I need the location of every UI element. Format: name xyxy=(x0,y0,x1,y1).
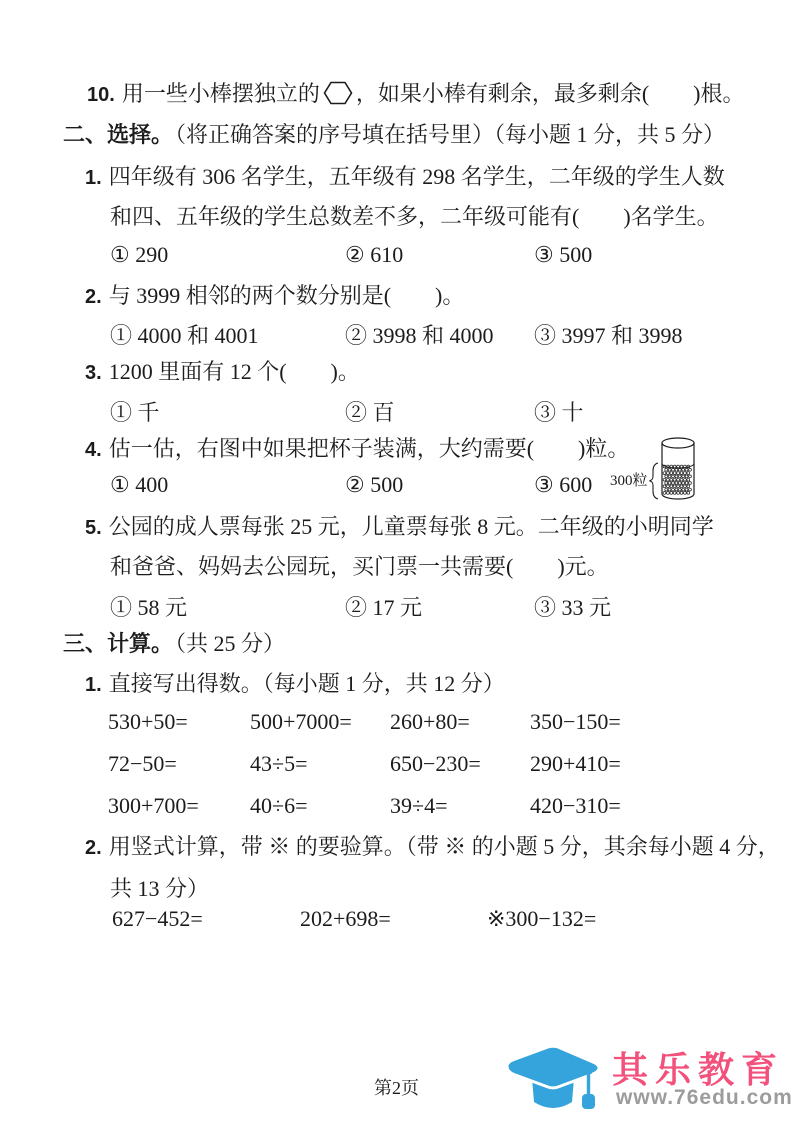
question-5-line2: 和爸爸、妈妈去公园玩，买门票一共需要( )元。 xyxy=(110,552,609,582)
option-2: ② 500 xyxy=(345,472,403,498)
question-text: 用一些小棒摆独立的 xyxy=(122,81,320,106)
question-number: 2. xyxy=(85,837,102,859)
question-number: 10. xyxy=(87,84,115,106)
calc-item: 300+700= xyxy=(108,793,199,819)
question-text: 估一估，右图中如果把杯子装满，大约需要( )粒。 xyxy=(109,436,630,461)
question-2: 2.与 3999 相邻的两个数分别是( )。 xyxy=(85,281,464,312)
calc-2-problems: 627−452= 202+698= ※300−132= xyxy=(112,906,772,938)
section-title: 三、计算。 xyxy=(63,631,173,656)
option-3: ③ 十 xyxy=(534,396,584,427)
option-2: ② 百 xyxy=(345,396,395,427)
calc-item: 627−452= xyxy=(112,906,203,932)
section-subtitle: （将正确答案的序号填在括号里）（每小题 1 分，共 5 分） xyxy=(175,122,725,147)
question-number: 3. xyxy=(85,362,102,384)
calc-item: 650−230= xyxy=(390,751,481,777)
question-number: 4. xyxy=(85,439,102,461)
question-1: 1.四年级有 306 名学生，五年级有 298 名学生，二年级的学生人数 xyxy=(85,162,725,193)
option-1: ① 290 xyxy=(110,242,168,268)
question-text: 与 3999 相邻的两个数分别是( )。 xyxy=(109,283,465,308)
option-1: ① 4000 和 4001 xyxy=(110,319,259,350)
calc-2-intro: 2.用竖式计算，带 ※ 的要验算。（带 ※ 的小题 5 分，其余每小题 4 分， xyxy=(85,832,780,863)
option-1: ① 千 xyxy=(110,396,160,427)
beads-pattern xyxy=(663,465,691,494)
question-number: 1. xyxy=(85,167,102,189)
section-3-heading: 三、计算。（共 25 分） xyxy=(63,629,285,659)
calc-item: 39÷4= xyxy=(390,793,447,819)
question-5-options: ① 58 元 ② 17 元 ③ 33 元 xyxy=(110,591,770,623)
calc-row-3: 300+700= 40÷6= 39÷4= 420−310= xyxy=(108,793,768,825)
option-2: ② 3998 和 4000 xyxy=(345,319,494,350)
graduation-cap-icon xyxy=(502,1036,604,1120)
hexagon-icon xyxy=(323,81,353,105)
question-text: 共 13 分） xyxy=(110,876,209,901)
question-text: 公园的成人票每张 25 元，儿童票每张 8 元。二年级的小明同学 xyxy=(109,514,714,539)
option-3: ③ 500 xyxy=(534,242,592,268)
section-2-heading: 二、选择。（将正确答案的序号填在括号里）（每小题 1 分，共 5 分） xyxy=(63,120,725,150)
question-number: 5. xyxy=(85,517,102,539)
question-number: 2. xyxy=(85,286,102,308)
calc-item: 500+7000= xyxy=(250,709,352,735)
option-2: ② 17 元 xyxy=(345,591,422,622)
calc-item: 40÷6= xyxy=(250,793,307,819)
question-1-options: ① 290 ② 610 ③ 500 xyxy=(110,242,770,274)
question-1-line2: 和四、五年级的学生总数差不多，二年级可能有( )名学生。 xyxy=(110,202,719,232)
question-text: 四年级有 306 名学生，五年级有 298 名学生，二年级的学生人数 xyxy=(109,164,725,189)
brace-icon xyxy=(650,463,659,499)
calc-item: 420−310= xyxy=(530,793,621,819)
question-4: 4.估一估，右图中如果把杯子装满，大约需要( )粒。 xyxy=(85,434,629,465)
calc-item: 72−50= xyxy=(108,751,177,777)
option-3: ③ 3997 和 3998 xyxy=(534,319,683,350)
calc-row-2: 72−50= 43÷5= 650−230= 290+410= xyxy=(108,751,768,783)
option-3: ③ 600 xyxy=(534,472,592,498)
publisher-logo: 其乐教育 www.76edu.com xyxy=(492,1034,792,1122)
section-subtitle: （共 25 分） xyxy=(175,631,285,656)
option-1: ① 58 元 xyxy=(110,591,187,622)
question-text: 和四、五年级的学生总数差不多，二年级可能有( )名学生。 xyxy=(110,204,719,229)
calc-item: 350−150= xyxy=(530,709,621,735)
option-3: ③ 33 元 xyxy=(534,591,611,622)
calc-item: 43÷5= xyxy=(250,751,307,777)
question-text: ，如果小棒有剩余，最多剩余( )根。 xyxy=(356,81,745,106)
calc-item: 202+698= xyxy=(300,906,391,932)
calc-1-intro: 1.直接写出得数。（每小题 1 分，共 12 分） xyxy=(85,669,505,700)
section-title: 二、选择。 xyxy=(63,122,173,147)
calc-item: ※300−132= xyxy=(487,906,596,932)
question-5: 5.公园的成人票每张 25 元，儿童票每张 8 元。二年级的小明同学 xyxy=(85,512,714,543)
question-number: 1. xyxy=(85,674,102,696)
calc-row-1: 530+50= 500+7000= 260+80= 350−150= xyxy=(108,709,768,741)
question-3-options: ① 千 ② 百 ③ 十 xyxy=(110,396,770,428)
cup-capacity-label: 300粒 xyxy=(610,469,648,490)
question-text: 直接写出得数。（每小题 1 分，共 12 分） xyxy=(109,671,505,696)
question-2-options: ① 4000 和 4001 ② 3998 和 4000 ③ 3997 和 399… xyxy=(110,319,770,351)
calc-2-intro-line2: 共 13 分） xyxy=(110,874,209,904)
calc-item: 260+80= xyxy=(390,709,470,735)
question-10: 10.用一些小棒摆独立的，如果小棒有剩余，最多剩余( )根。 xyxy=(87,79,744,110)
option-1: ① 400 xyxy=(110,472,168,498)
calc-item: 530+50= xyxy=(108,709,188,735)
calc-item: 290+410= xyxy=(530,751,621,777)
question-3: 3.1200 里面有 12 个( )。 xyxy=(85,357,360,388)
cup-of-beads-figure xyxy=(648,435,700,505)
question-text: 1200 里面有 12 个( )。 xyxy=(109,359,360,384)
question-text: 和爸爸、妈妈去公园玩，买门票一共需要( )元。 xyxy=(110,554,609,579)
brand-url: www.76edu.com xyxy=(616,1086,793,1110)
question-text: 用竖式计算，带 ※ 的要验算。（带 ※ 的小题 5 分，其余每小题 4 分， xyxy=(109,834,780,859)
option-2: ② 610 xyxy=(345,242,403,268)
